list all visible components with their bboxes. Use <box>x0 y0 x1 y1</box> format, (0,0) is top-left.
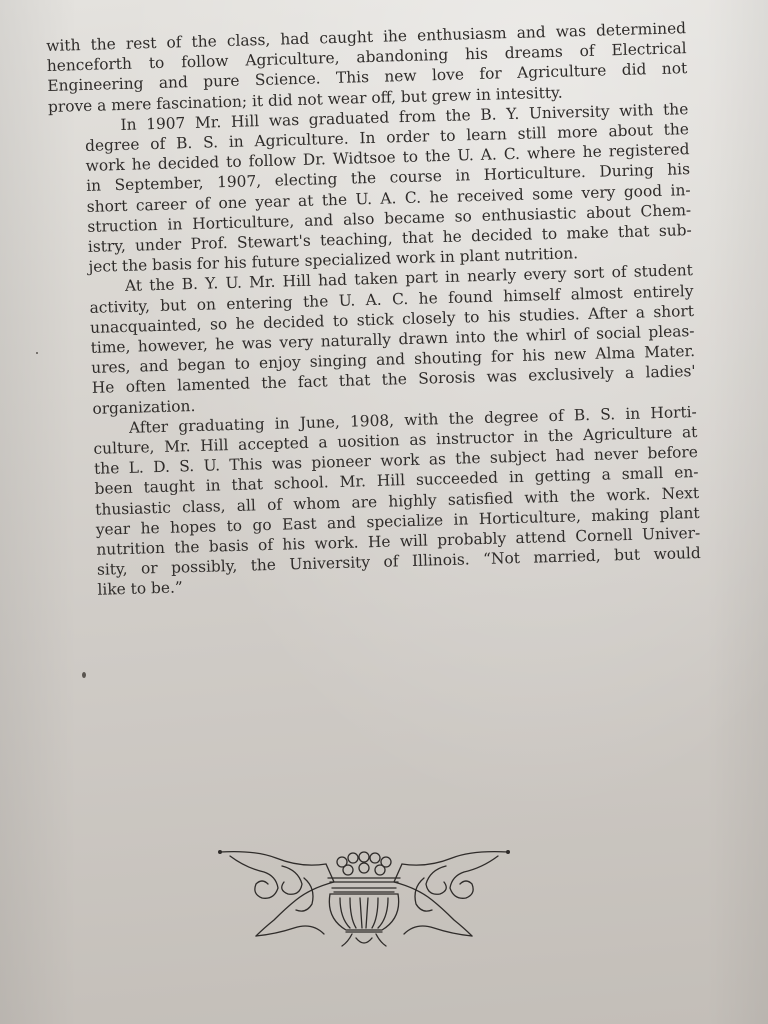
paper-speck <box>36 352 38 354</box>
paragraph-4: After graduating in June, 1908, with the… <box>57 402 702 602</box>
paragraph-3: At the B. Y. U. Mr. Hill had taken part … <box>53 260 697 419</box>
paper-speck <box>82 672 86 678</box>
urn-with-scrollwork-ornament-icon <box>216 848 512 948</box>
body-text: with the rest of the class, had caught i… <box>46 18 702 601</box>
paragraph-2: In 1907 Mr. Hill was graduated from the … <box>48 99 692 278</box>
